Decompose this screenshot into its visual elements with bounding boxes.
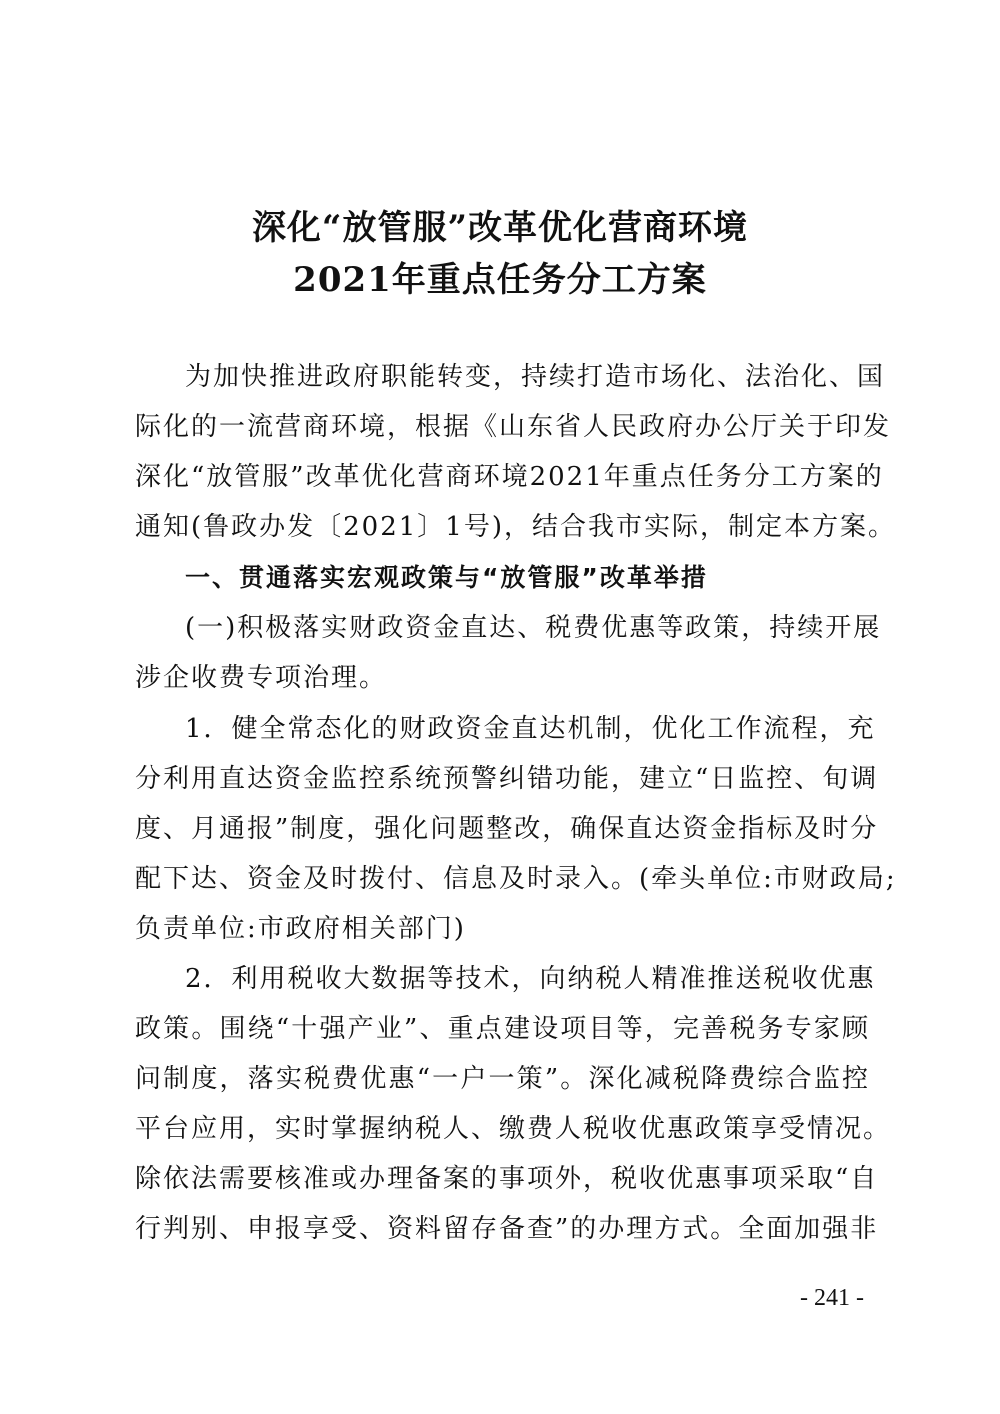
subsection-line: 涉企收费专项治理。 bbox=[135, 663, 870, 693]
intro-line: 深化“放管服”改革优化营商环境2021年重点任务分工方案的 bbox=[135, 462, 870, 492]
intro-line: 通知(鲁政办发〔2021〕1号)，结合我市实际，制定本方案。 bbox=[135, 512, 870, 542]
item-line: 政策。围绕“十强产业”、重点建设项目等，完善税务专家顾 bbox=[135, 1014, 870, 1044]
item-line: 度、月通报”制度，强化问题整改，确保直达资金指标及时分 bbox=[135, 814, 870, 844]
section-heading: 一、贯通落实宏观政策与“放管服”改革举措 bbox=[185, 563, 870, 593]
item-line: 平台应用，实时掌握纳税人、缴费人税收优惠政策享受情况。 bbox=[135, 1114, 870, 1144]
document-title-line1: 深化“放管服”改革优化营商环境 bbox=[0, 200, 1000, 249]
item-line: 配下达、资金及时拨付、信息及时录入。(牵头单位:市财政局; bbox=[135, 864, 870, 894]
item-line: 2．利用税收大数据等技术，向纳税人精准推送税收优惠 bbox=[185, 964, 870, 994]
item-line: 行判别、申报享受、资料留存备查”的办理方式。全面加强非 bbox=[135, 1214, 870, 1244]
intro-line: 际化的一流营商环境，根据《山东省人民政府办公厅关于印发 bbox=[135, 412, 870, 442]
item-line: 负责单位:市政府相关部门) bbox=[135, 914, 870, 944]
item-line: 问制度，落实税费优惠“一户一策”。深化减税降费综合监控 bbox=[135, 1064, 870, 1094]
item-line: 分利用直达资金监控系统预警纠错功能，建立“日监控、旬调 bbox=[135, 764, 870, 794]
item-line: 除依法需要核准或办理备案的事项外，税收优惠事项采取“自 bbox=[135, 1164, 870, 1194]
intro-line: 为加快推进政府职能转变，持续打造市场化、法治化、国 bbox=[185, 362, 870, 392]
item-line: 1．健全常态化的财政资金直达机制，优化工作流程，充 bbox=[185, 714, 870, 744]
page-number: - 241 - bbox=[800, 1285, 864, 1312]
document-title-line2: 2021年重点任务分工方案 bbox=[0, 252, 1000, 301]
subsection-line: (一)积极落实财政资金直达、税费优惠等政策，持续开展 bbox=[185, 613, 870, 643]
